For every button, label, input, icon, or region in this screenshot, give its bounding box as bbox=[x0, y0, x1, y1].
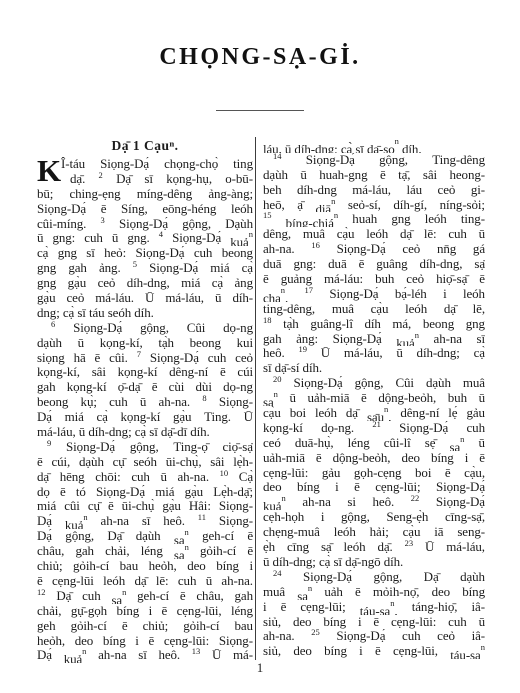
text-line: ēcúi,dạùhcụ̄seóhūi-chụ̀,sâilẹ̀h- bbox=[37, 455, 253, 470]
text-line: chải,gụ̄-gọhbíngiēcẹng-lūi,léng bbox=[37, 604, 253, 619]
text-line: Dạ́gộng,Dạ̄dạùhsangeh-cíē bbox=[37, 529, 253, 544]
drop-cap-initial: K bbox=[37, 156, 61, 186]
text-line: ceóduā-hụ̀,léngcûi-lîsẹ̄sanū bbox=[263, 436, 485, 451]
text-line: siủ,deobíngiēcẹng-lūi,táu-san bbox=[263, 644, 485, 659]
text-line: siủ,deobíngiēcẹng-lūi:cuhū bbox=[263, 615, 485, 630]
text-line: gahảng:Siọng-Dạ́kuảnah-nasī bbox=[263, 332, 485, 347]
page-number: 1 bbox=[0, 660, 520, 676]
text-line: dọētóSiọng-Dạ́miágạ̀uLẹ̀h-dạ̄; bbox=[37, 485, 253, 500]
text-line: 18tạ̀hguâng-lîdíhmá,beonggng bbox=[263, 317, 485, 332]
text-line: cẹng-lūi:gảugọh-cẹngboiēcạ̀u, bbox=[263, 466, 485, 481]
text-line: má-láu, ū díh-dng; cạ̀ sī dạ̄-dī díh. bbox=[37, 425, 253, 440]
text-line: heỏh,deobíngiēcẹng-lūi:Siọng- bbox=[37, 634, 253, 649]
text-line: 6Siọng-Dạ́gộng,Cûidọ-ng bbox=[37, 321, 253, 336]
text-line: dạ̄.2Dạ̄sīkọng-hụ,o-bū- bbox=[37, 172, 253, 187]
text-line: gạ̀uceỏmá-láu.Ūmá-láu,ūdíh- bbox=[37, 291, 253, 306]
text-line: cạ̀uboileóhdạ̄sạ̄un,dêng-nílẹ́gảu bbox=[263, 406, 485, 421]
text-line: 12Dạ̄cuhsangeh-cíēchâu,gah bbox=[37, 589, 253, 604]
text-line: sanūuảh-miāēdộng-beỏh,buhū bbox=[263, 391, 485, 406]
text-line: miácûicụ̄ēūi-chụ̀gạ̀uHâi:Siọng- bbox=[37, 499, 253, 514]
page-title: CHỌNG-SẠ-Gİ. bbox=[0, 44, 520, 71]
text-line: dạùhūhuah-gngētạ̄,sâiheong- bbox=[263, 168, 485, 183]
text-line: châu,gahchải,léngsangỏih-cíē bbox=[37, 544, 253, 559]
text-line: beongkụ̀;cuhūah-na.8Siọng- bbox=[37, 395, 253, 410]
text-line: ēguảngmá-láu:buhceỏhiọ̄-sạ̄ē bbox=[263, 272, 485, 287]
text-line: Î-táuSiọng-Dạ́chọng-chọ̀ting bbox=[37, 157, 253, 172]
chapter-heading: Dạ̄ 1 Cạuⁿ. bbox=[37, 138, 253, 157]
text-line: heô.19Ūmá-láu,ūdíh-dng;cạ̀ bbox=[263, 346, 485, 361]
text-line: gahkọng-kíọ̄-dạ̄ēcùidùidọ-ng bbox=[37, 380, 253, 395]
text-line: 20Siọng-Dạ́gộng,Cûidạùhmuâ bbox=[263, 376, 485, 391]
text-line: 15bíng-chiánhuahgngleóhting- bbox=[263, 212, 485, 227]
column-divider-rule bbox=[255, 137, 256, 660]
text-line: deobíngiēcẹng-lūi;Siọng-Dạ́ bbox=[263, 480, 485, 495]
text-line: chẹng-muâleóhhải;cạ̀uiāseng- bbox=[263, 525, 485, 540]
right-column-text: láu, ū díh-dng; cạ̀ sī dạ̄-sọn díh.14Siọ… bbox=[263, 138, 485, 659]
text-line: siọnghāēcûi.7Siọng-Dạ́cuhceỏ bbox=[37, 351, 253, 366]
text-line: Dạ́kuảnah-nasīheô.11Siọng- bbox=[37, 514, 253, 529]
text-column-left: Dạ̄ 1 Cạuⁿ. K Î-táuSiọng-Dạ́chọng-chọ̀ti… bbox=[37, 138, 253, 663]
text-line: kọng-kí,sâikọng-kídêng-níēcúi bbox=[37, 365, 253, 380]
text-line: duāgng:duāēguângdíh-dng,sạ̄ bbox=[263, 257, 485, 272]
text-line: chiủ;gỏih-cíbauheỏh,deobíngi bbox=[37, 559, 253, 574]
text-line: cûi-míng.3Siọng-Dạ́gộng,Dạùh bbox=[37, 217, 253, 232]
text-line: kọng-kídọ-ng.21Siọng-Dạ́cuh bbox=[263, 421, 485, 436]
text-line: 9Siọng-Dạ́gộng,Ting-ọ̄ciọ̄-sạ̄ bbox=[37, 440, 253, 455]
text-line: gnggahảng.5Siọng-Dạ́miácạ̀ bbox=[37, 261, 253, 276]
text-line: heō,ạ̄diānseỏ-sí,díh-gí,níng-sỏi; bbox=[263, 198, 485, 213]
text-line: ah-na.16Siọng-Dạ́ceỏnn̄ggá bbox=[263, 242, 485, 257]
text-line: ūgng:cuhūgng.4Siọng-Dạ́kuản bbox=[37, 231, 253, 246]
text-line: ah-na.25Siọng-Dạ́cuhceỏiâ- bbox=[263, 629, 485, 644]
text-line: behdíh-dngmá-láu,láuceỏgi- bbox=[263, 183, 485, 198]
text-line: cạ̀gngsīheỏ:Siọng-Dạ́cuhbeong bbox=[37, 246, 253, 261]
text-line: ū díh-dng; cạ̀ sī dạ̄-ngō díh. bbox=[263, 555, 485, 570]
text-line: dạùhūkọng-kí,tạ̀hbeongkui bbox=[37, 336, 253, 351]
text-line: Siọng-Dạ́ēSíng,eōng-héngleóh bbox=[37, 202, 253, 217]
text-line: dng; cạ̀ sī táu seóh díh. bbox=[37, 306, 253, 321]
text-line: sī dạ̄-sí díh. bbox=[263, 361, 485, 376]
left-column-text: Î-táuSiọng-Dạ́chọng-chọ̀tingdạ̄.2Dạ̄sīkọ… bbox=[37, 157, 253, 663]
text-line: bū;ching-ẹngmíng-dêngảng-àng; bbox=[37, 187, 253, 202]
text-line: uảh-miāēdộng-beỏh,deobíngiē bbox=[263, 451, 485, 466]
text-line: dêng,muâcạ̀uleóhdạ̄lē:cuhū bbox=[263, 227, 485, 242]
text-line: dạ̄hēngchōi:cuhūah-na.10Cạ̀ bbox=[37, 470, 253, 485]
text-line: chan.17Siọng-Dạ́bạ́-léhileóh bbox=[263, 287, 485, 302]
text-line: muâsanuảhēmỏih-nọ̄,deobíng bbox=[263, 585, 485, 600]
text-line: láu, ū díh-dng; cạ̀ sī dạ̄-sọn díh. bbox=[263, 138, 485, 153]
text-line: ẹ̀hcīngsạ̄leóhdạ̄.23Ūmá-láu, bbox=[263, 540, 485, 555]
text-line: kuảnah-nasiheô.22Siọng-Dạ́ bbox=[263, 495, 485, 510]
text-line: ēcẹng-lūileóhdạ̄lē:cuhūah-na. bbox=[37, 574, 253, 589]
text-line: gehgỏih-cíēchiủ;gỏih-cíbau bbox=[37, 619, 253, 634]
text-column-right: láu, ū díh-dng; cạ̀ sī dạ̄-sọn díh.14Siọ… bbox=[263, 138, 485, 659]
text-line: iēcẹng-lūi;táu-san,táng-hiọ̄,iâ- bbox=[263, 600, 485, 615]
text-line: 14Siọng-Dạ́gộng,Ting-dêng bbox=[263, 153, 485, 168]
text-line: cẹh-họhigộng,Seng-ẹ̀hcīng-sạ̄, bbox=[263, 510, 485, 525]
text-line: ting-dêng,muâcạ̀uleóhdạ̄lē, bbox=[263, 302, 485, 317]
text-line: Dạ́miácạ̀kọng-kígạ̀uTing.Ū bbox=[37, 410, 253, 425]
title-divider-rule bbox=[216, 110, 304, 111]
book-page: CHỌNG-SẠ-Gİ. Dạ̄ 1 Cạuⁿ. K Î-táuSiọng-Dạ… bbox=[0, 0, 520, 693]
text-line: 24Siọng-Dạ́gộng,Dạ̄dạùh bbox=[263, 570, 485, 585]
text-line: gnggạ̀uceỏdíh-dng,miácạ̀ảng bbox=[37, 276, 253, 291]
